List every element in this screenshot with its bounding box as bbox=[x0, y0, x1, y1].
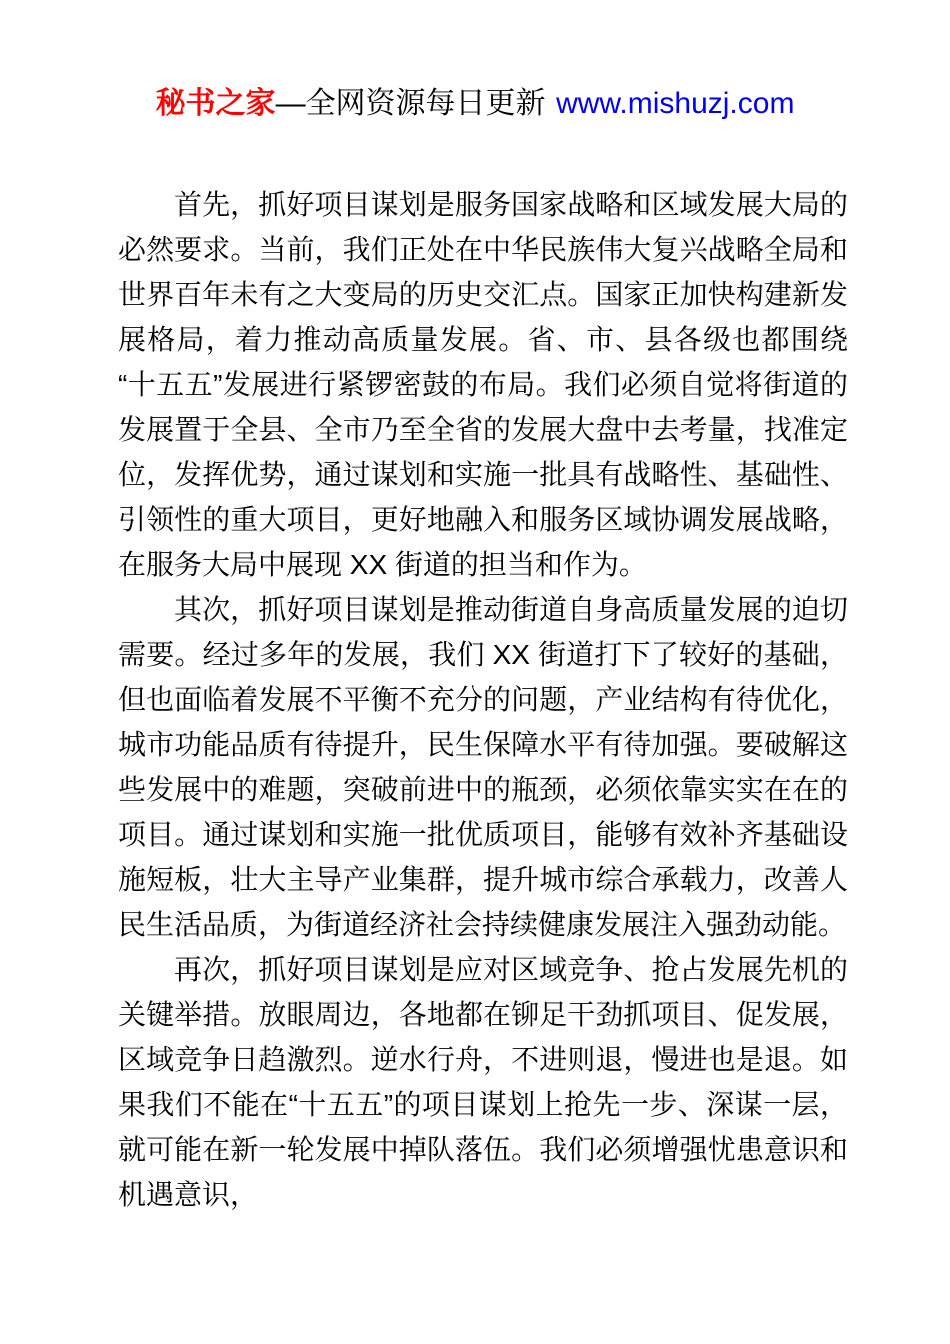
paragraph: 首先，抓好项目谋划是服务国家战略和区域发展大局的必然要求。当前，我们正处在中华民… bbox=[118, 182, 848, 587]
site-name: 秘书之家 bbox=[156, 87, 276, 120]
page-header: 秘书之家—全网资源每日更新www.mishuzj.com bbox=[0, 0, 950, 124]
paragraph: 其次，抓好项目谋划是推动街道自身高质量发展的迫切需要。经过多年的发展，我们 XX… bbox=[118, 587, 848, 947]
header-tagline: 全网资源每日更新 bbox=[306, 87, 546, 120]
document-body: 首先，抓好项目谋划是服务国家战略和区域发展大局的必然要求。当前，我们正处在中华民… bbox=[118, 182, 848, 1217]
paragraph: 再次，抓好项目谋划是应对区域竞争、抢占发展先机的关键举措。放眼周边，各地都在铆足… bbox=[118, 947, 848, 1217]
site-url-link[interactable]: www.mishuzj.com bbox=[556, 87, 794, 120]
header-separator: — bbox=[276, 87, 306, 120]
document-page: 秘书之家—全网资源每日更新www.mishuzj.com 首先，抓好项目谋划是服… bbox=[0, 0, 950, 1344]
